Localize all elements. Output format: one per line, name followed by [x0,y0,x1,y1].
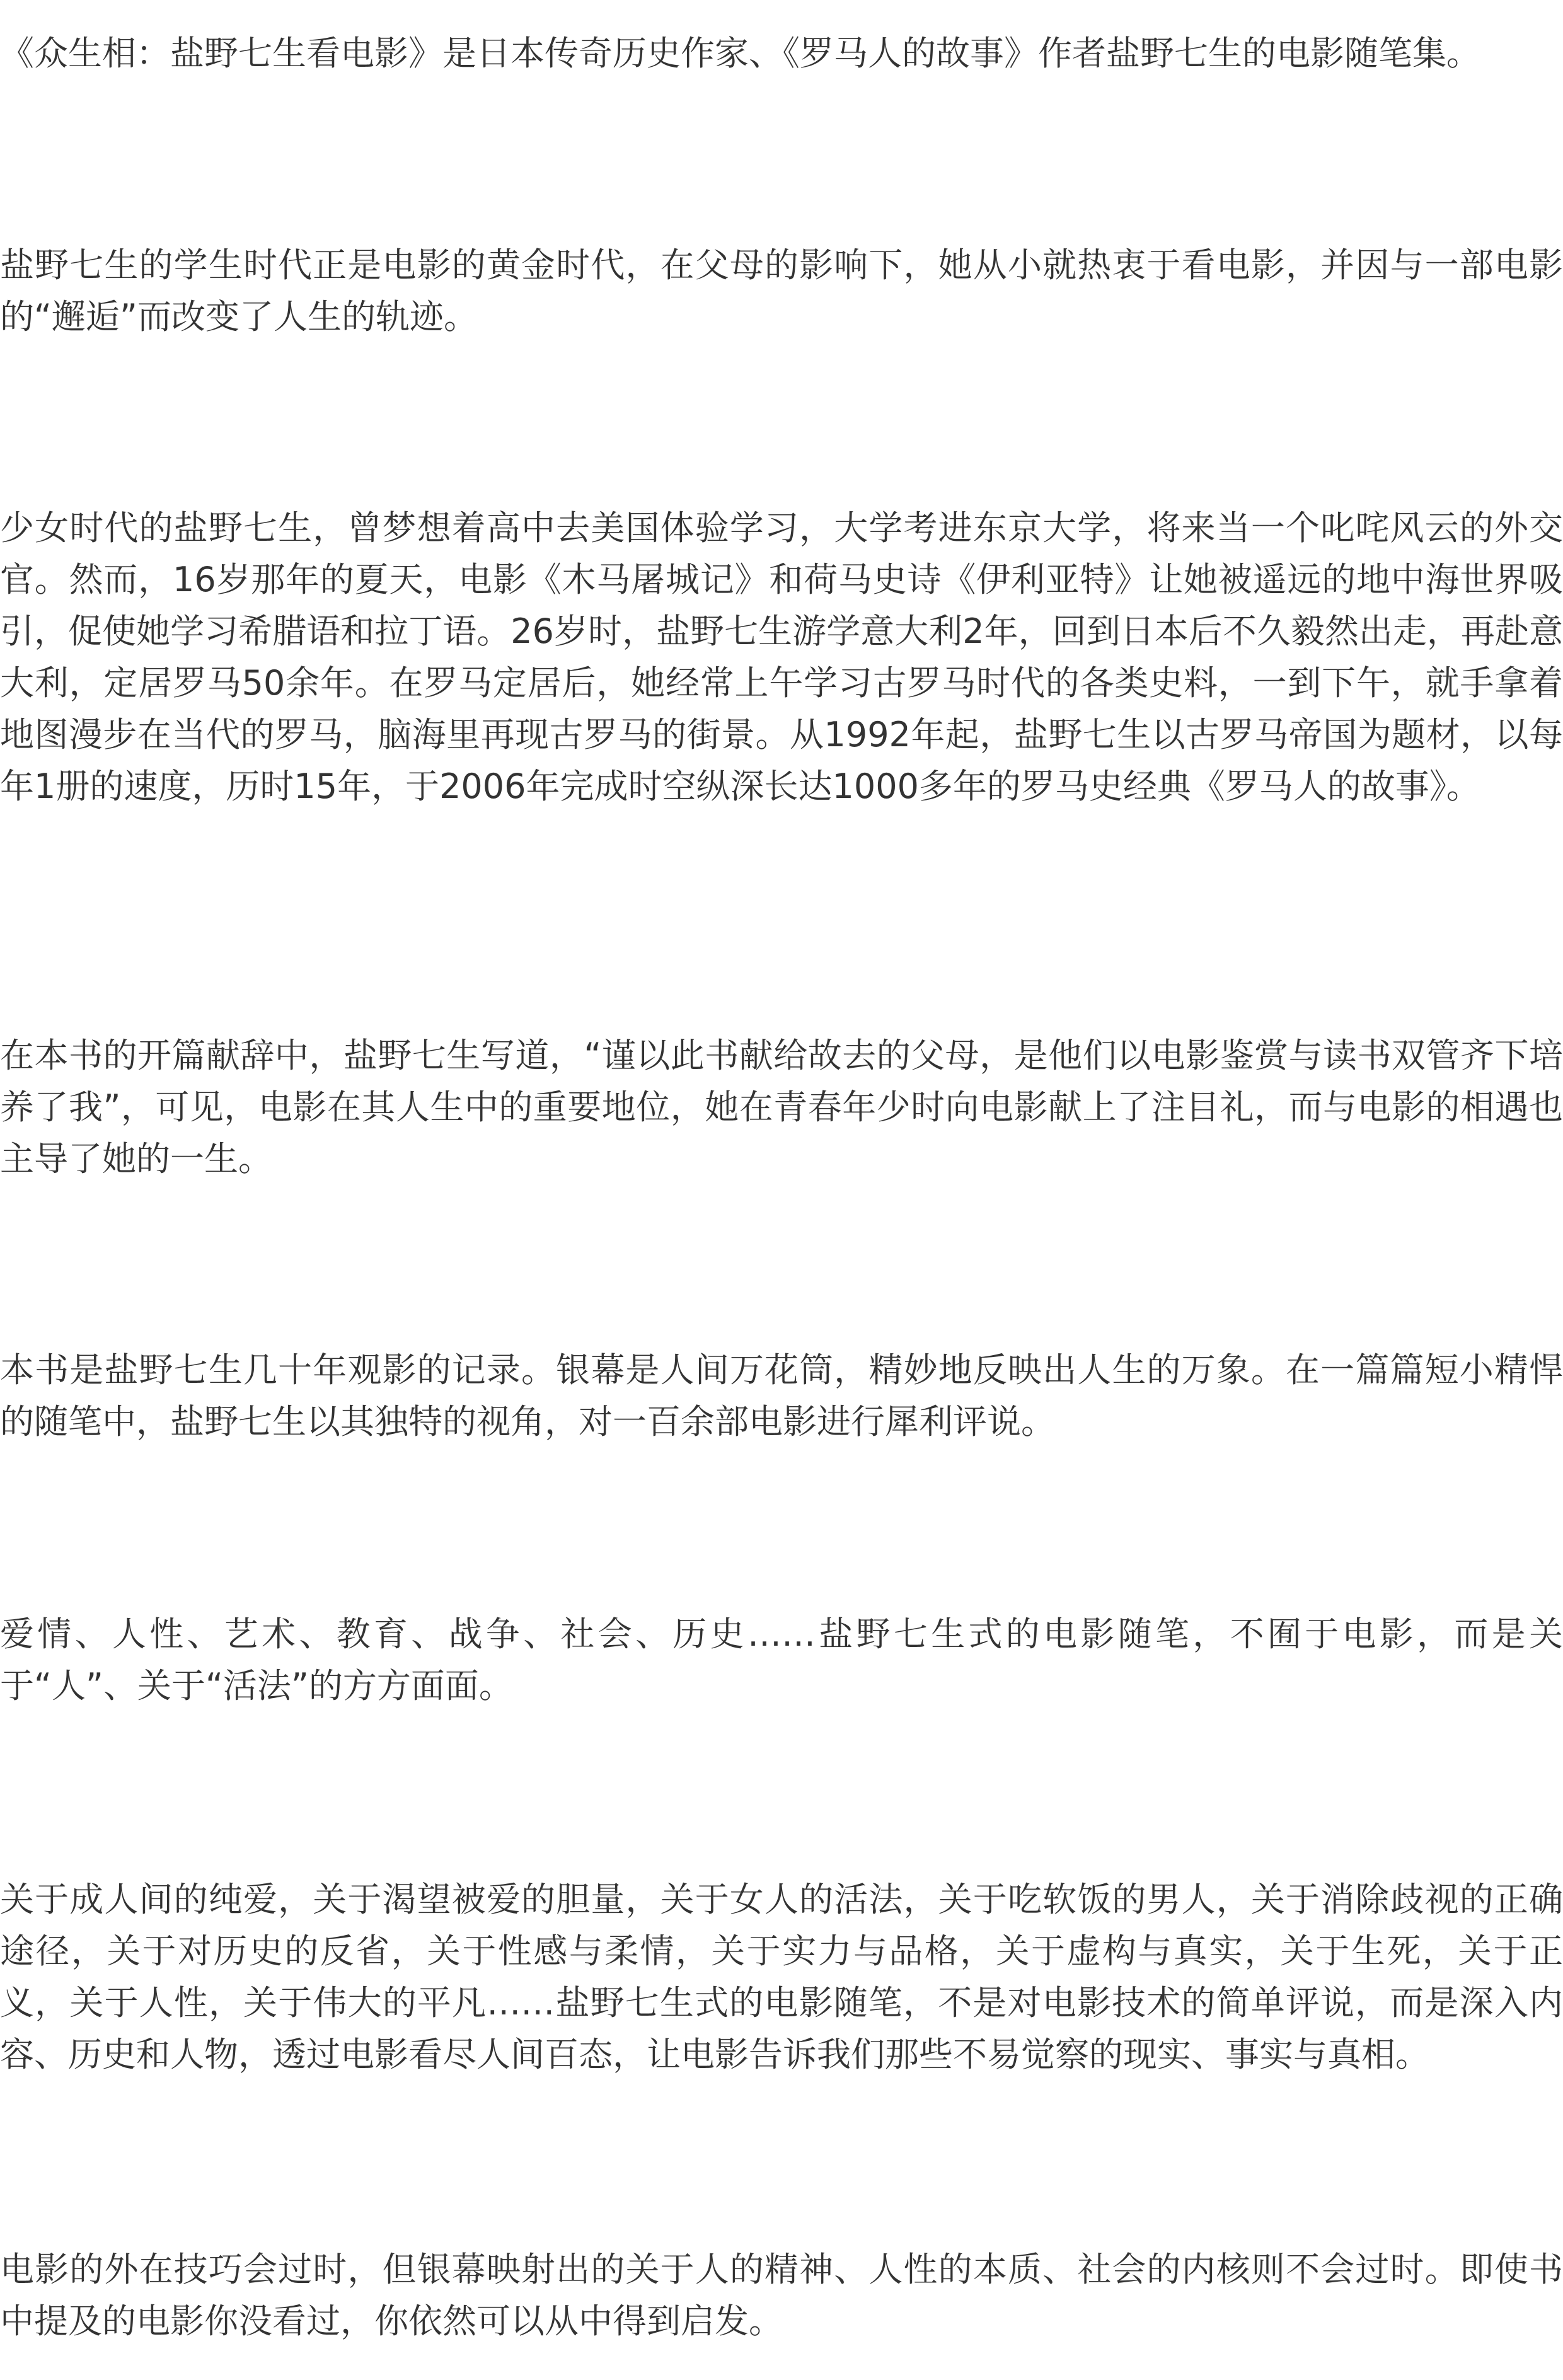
paragraph-girlhood: 少女时代的盐野七生，曾梦想着高中去美国体验学习，大学考进东京大学，将来当一个叱咤… [0,502,1563,812]
paragraph-themes: 爱情、人性、艺术、教育、战争、社会、历史……盐野七生式的电影随笔，不囿于电影，而… [0,1609,1563,1712]
paragraph-dedication: 在本书的开篇献辞中，盐野七生写道，“谨以此书献给故去的父母，是他们以电影鉴赏与读… [0,1030,1563,1185]
paragraph-student-era: 盐野七生的学生时代正是电影的黄金时代，在父母的影响下，她从小就热衷于看电影，并因… [0,240,1563,343]
paragraph-about-list: 关于成人间的纯爱，关于渴望被爱的胆量，关于女人的活法，关于吃软饭的男人，关于消除… [0,1874,1563,2081]
paragraph-intro: 《众生相：盐野七生看电影》是日本传奇历史作家、《罗马人的故事》作者盐野七生的电影… [0,28,1563,79]
paragraph-book-record: 本书是盐野七生几十年观影的记录。银幕是人间万花筒，精妙地反映出人生的万象。在一篇… [0,1344,1563,1448]
paragraph-conclusion: 电影的外在技巧会过时，但银幕映射出的关于人的精神、人性的本质、社会的内核则不会过… [0,2244,1563,2347]
